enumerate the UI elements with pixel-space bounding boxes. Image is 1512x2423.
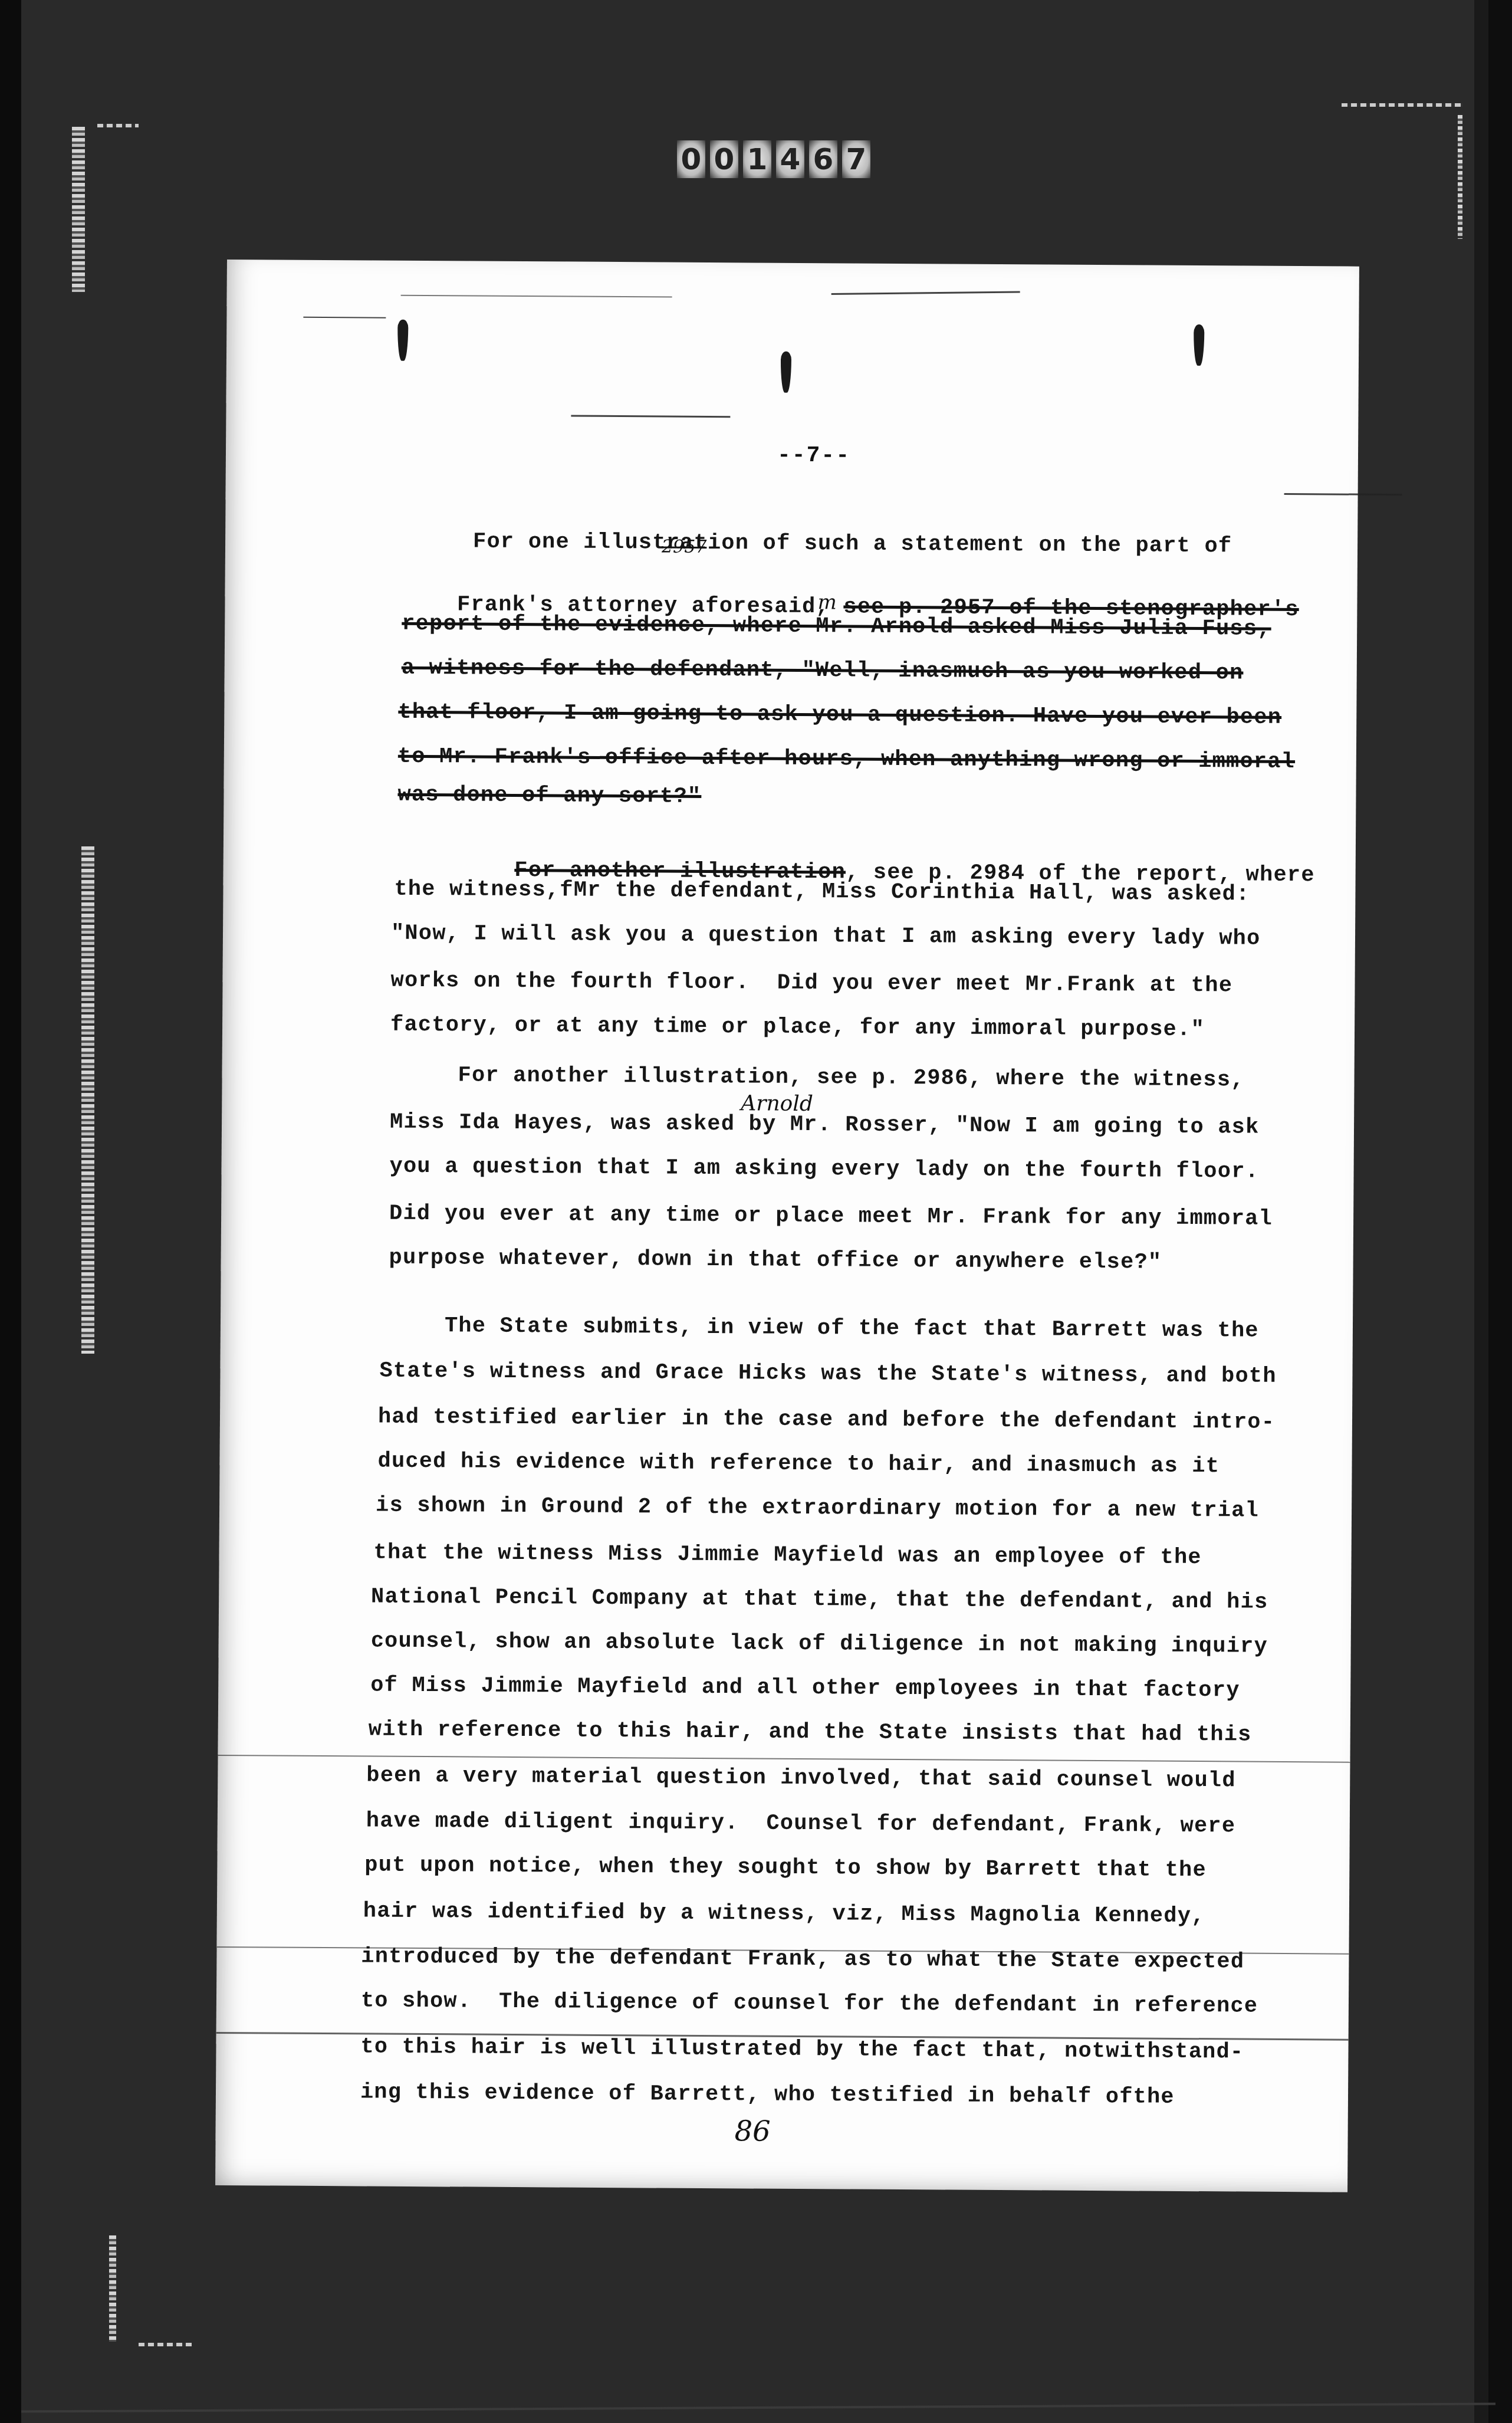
text-line: the witness,fMr the defendant, Miss Cori… <box>394 877 1250 907</box>
text-line: purpose whatever, down in that office or… <box>389 1246 1162 1275</box>
film-edge-mark <box>97 124 139 127</box>
text-line: ing this evidence of Barrett, who testif… <box>360 2080 1175 2109</box>
scan-border-left <box>0 0 21 2423</box>
stamp-digit: 7 <box>842 140 870 178</box>
scan-artifact-line <box>1284 493 1402 495</box>
text-line: works on the fourth floor. Did you ever … <box>390 968 1232 999</box>
text-line: is shown in Ground 2 of the extraordinar… <box>376 1493 1259 1524</box>
page-number-header: --7-- <box>777 443 850 469</box>
text-line: "Now, I will ask you a question that I a… <box>391 921 1261 951</box>
text-line: to this hair is well illustrated by the … <box>360 2034 1244 2064</box>
text-line: Did you ever at any time or place meet M… <box>389 1201 1273 1232</box>
film-edge-mark <box>139 2343 192 2346</box>
film-edge-mark <box>81 846 94 1354</box>
film-edge-mark <box>1342 103 1462 107</box>
scan-border-right-inner <box>1474 0 1488 2423</box>
struck-text-line: to Mr. Frank's office after hours, when … <box>398 744 1295 774</box>
struck-text-line: was done of any sort?" <box>397 783 701 809</box>
scan-artifact-line <box>571 415 730 418</box>
text-line: you a question that I am asking every la… <box>389 1154 1259 1184</box>
text-line: been a very material question involved, … <box>366 1763 1236 1793</box>
text-line: had testified earlier in the case and be… <box>378 1405 1275 1435</box>
scan-artifact-line <box>218 1755 1350 1763</box>
text-line: put upon notice, when they sought to sho… <box>364 1853 1207 1883</box>
text-line: have made diligent inquiry. Counsel for … <box>366 1808 1236 1838</box>
text-line: For one illustration of such a statement… <box>473 530 1232 559</box>
text-line: For another illustration, see p. 2986, w… <box>458 1063 1244 1092</box>
stamp-digit: 4 <box>776 140 804 178</box>
scan-artifact-line <box>303 317 386 319</box>
scan-artifact-line <box>831 291 1020 295</box>
text-line: hair was identified by a witness, viz, M… <box>363 1899 1205 1929</box>
text-line: duced his evidence with reference to hai… <box>377 1449 1220 1479</box>
frame-number-stamp: 0 0 1 4 6 7 <box>677 140 870 178</box>
ink-blot <box>1194 324 1204 366</box>
film-edge-mark <box>72 127 85 292</box>
text-line: introduced by the defendant Frank, as to… <box>361 1944 1244 1974</box>
text-line: to show. The diligence of counsel for th… <box>361 1988 1258 2018</box>
stamp-digit: 0 <box>710 140 738 178</box>
struck-text-line: that floor, I am going to ask you a ques… <box>398 700 1281 730</box>
struck-text-line: a witness for the defendant, "Well, inas… <box>402 656 1244 686</box>
film-edge-mark <box>1458 115 1462 239</box>
text-line: State's witness and Grace Hicks was the … <box>379 1359 1276 1389</box>
ink-blot <box>781 352 791 393</box>
film-edge-mark <box>109 2235 116 2342</box>
text-line: with reference to this hair, and the Sta… <box>369 1718 1252 1748</box>
scan-artifact-line <box>401 295 672 298</box>
scan-border-right <box>1488 0 1512 2423</box>
text-line: counsel, show an absolute lack of dilige… <box>371 1629 1268 1659</box>
ink-blot <box>397 320 408 361</box>
stamp-digit: 1 <box>743 140 771 178</box>
text-line: that the witness Miss Jimmie Mayfield wa… <box>373 1541 1201 1571</box>
text-line: Miss Ida Hayes, was asked by Mr. Rosser,… <box>390 1110 1260 1140</box>
handwritten-struck-insert: 2957 <box>662 537 707 557</box>
stamp-digit: 6 <box>809 140 837 178</box>
document-page: --7-- For one illustration of such a sta… <box>215 260 1359 2192</box>
text-line: The State submits, in view of the fact t… <box>445 1314 1259 1343</box>
handwritten-insert-m: m <box>817 590 836 614</box>
struck-text-line: report of the evidence, where Mr. Arnold… <box>402 612 1271 642</box>
scan-bottom-edge <box>21 2402 1495 2412</box>
text-line: factory, or at any time or place, for an… <box>390 1013 1205 1042</box>
text-line: of Miss Jimmie Mayfield and all other em… <box>370 1673 1240 1703</box>
text-line: National Pencil Company at that time, th… <box>371 1585 1268 1615</box>
stamp-digit: 0 <box>677 140 705 178</box>
handwritten-folio-number: 86 <box>734 2115 770 2148</box>
